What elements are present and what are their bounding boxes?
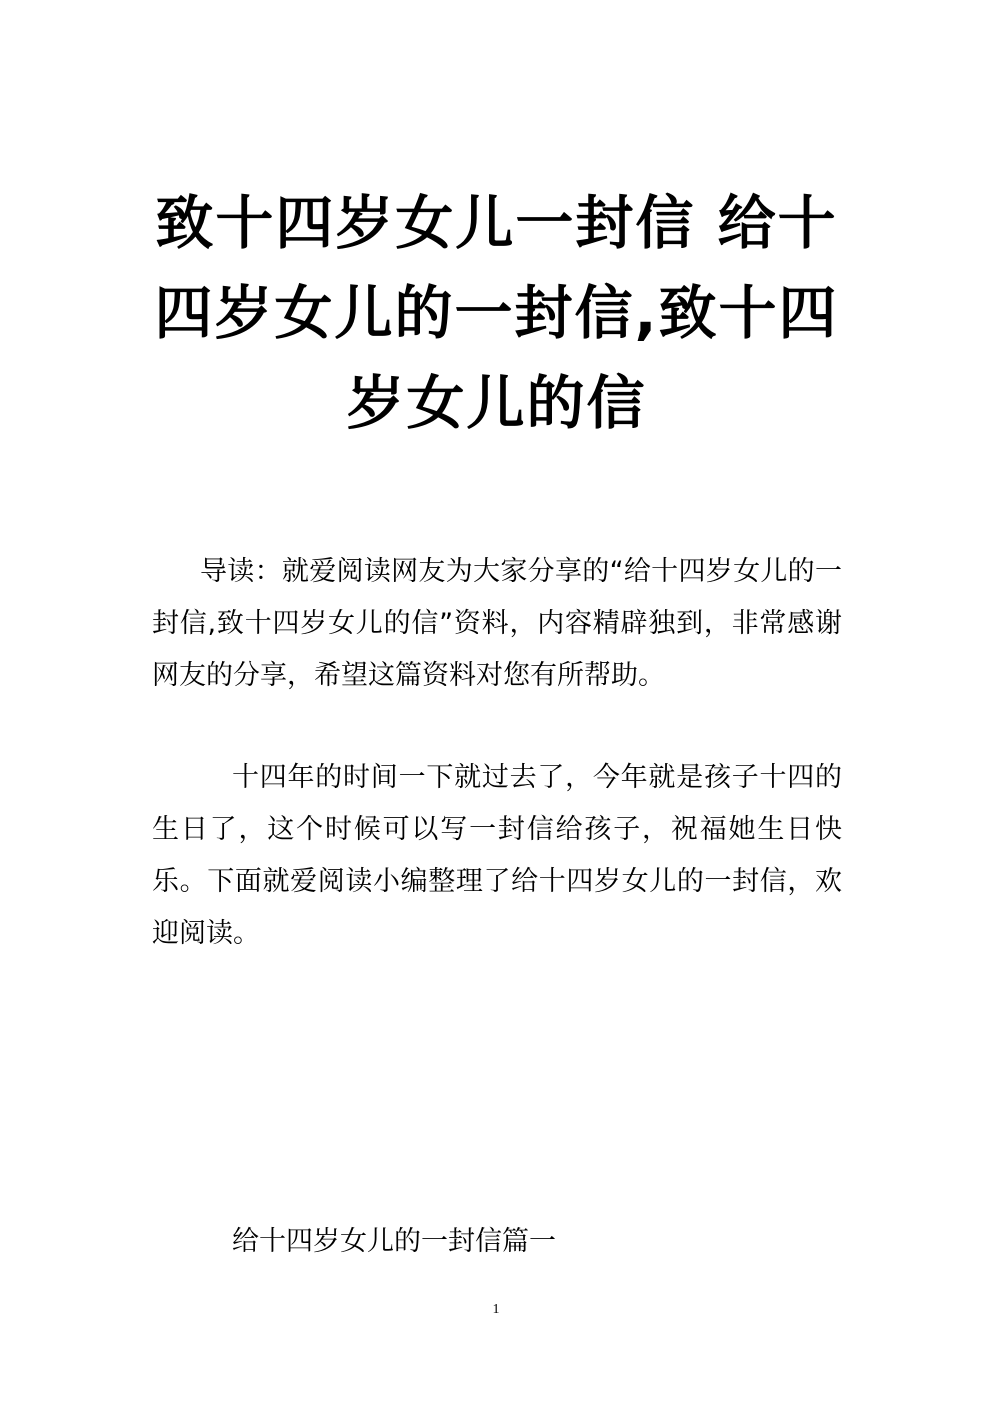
section-heading: 给十四岁女儿的一封信篇一: [232, 1222, 556, 1262]
document-page: 致十四岁女儿一封信 给十四岁女儿的一封信,致十四岁女儿的信 导读：就爱阅读网友为…: [0, 0, 993, 1404]
body-paragraph: 十四年的时间一下就过去了，今年就是孩子十四的生日了，这个时候可以写一封信给孩子，…: [152, 752, 842, 960]
intro-paragraph: 导读：就爱阅读网友为大家分享的“给十四岁女儿的一封信,致十四岁女儿的信”资料，内…: [152, 546, 842, 702]
document-title: 致十四岁女儿一封信 给十四岁女儿的一封信,致十四岁女儿的信: [140, 178, 853, 448]
page-number: 1: [488, 1302, 504, 1318]
